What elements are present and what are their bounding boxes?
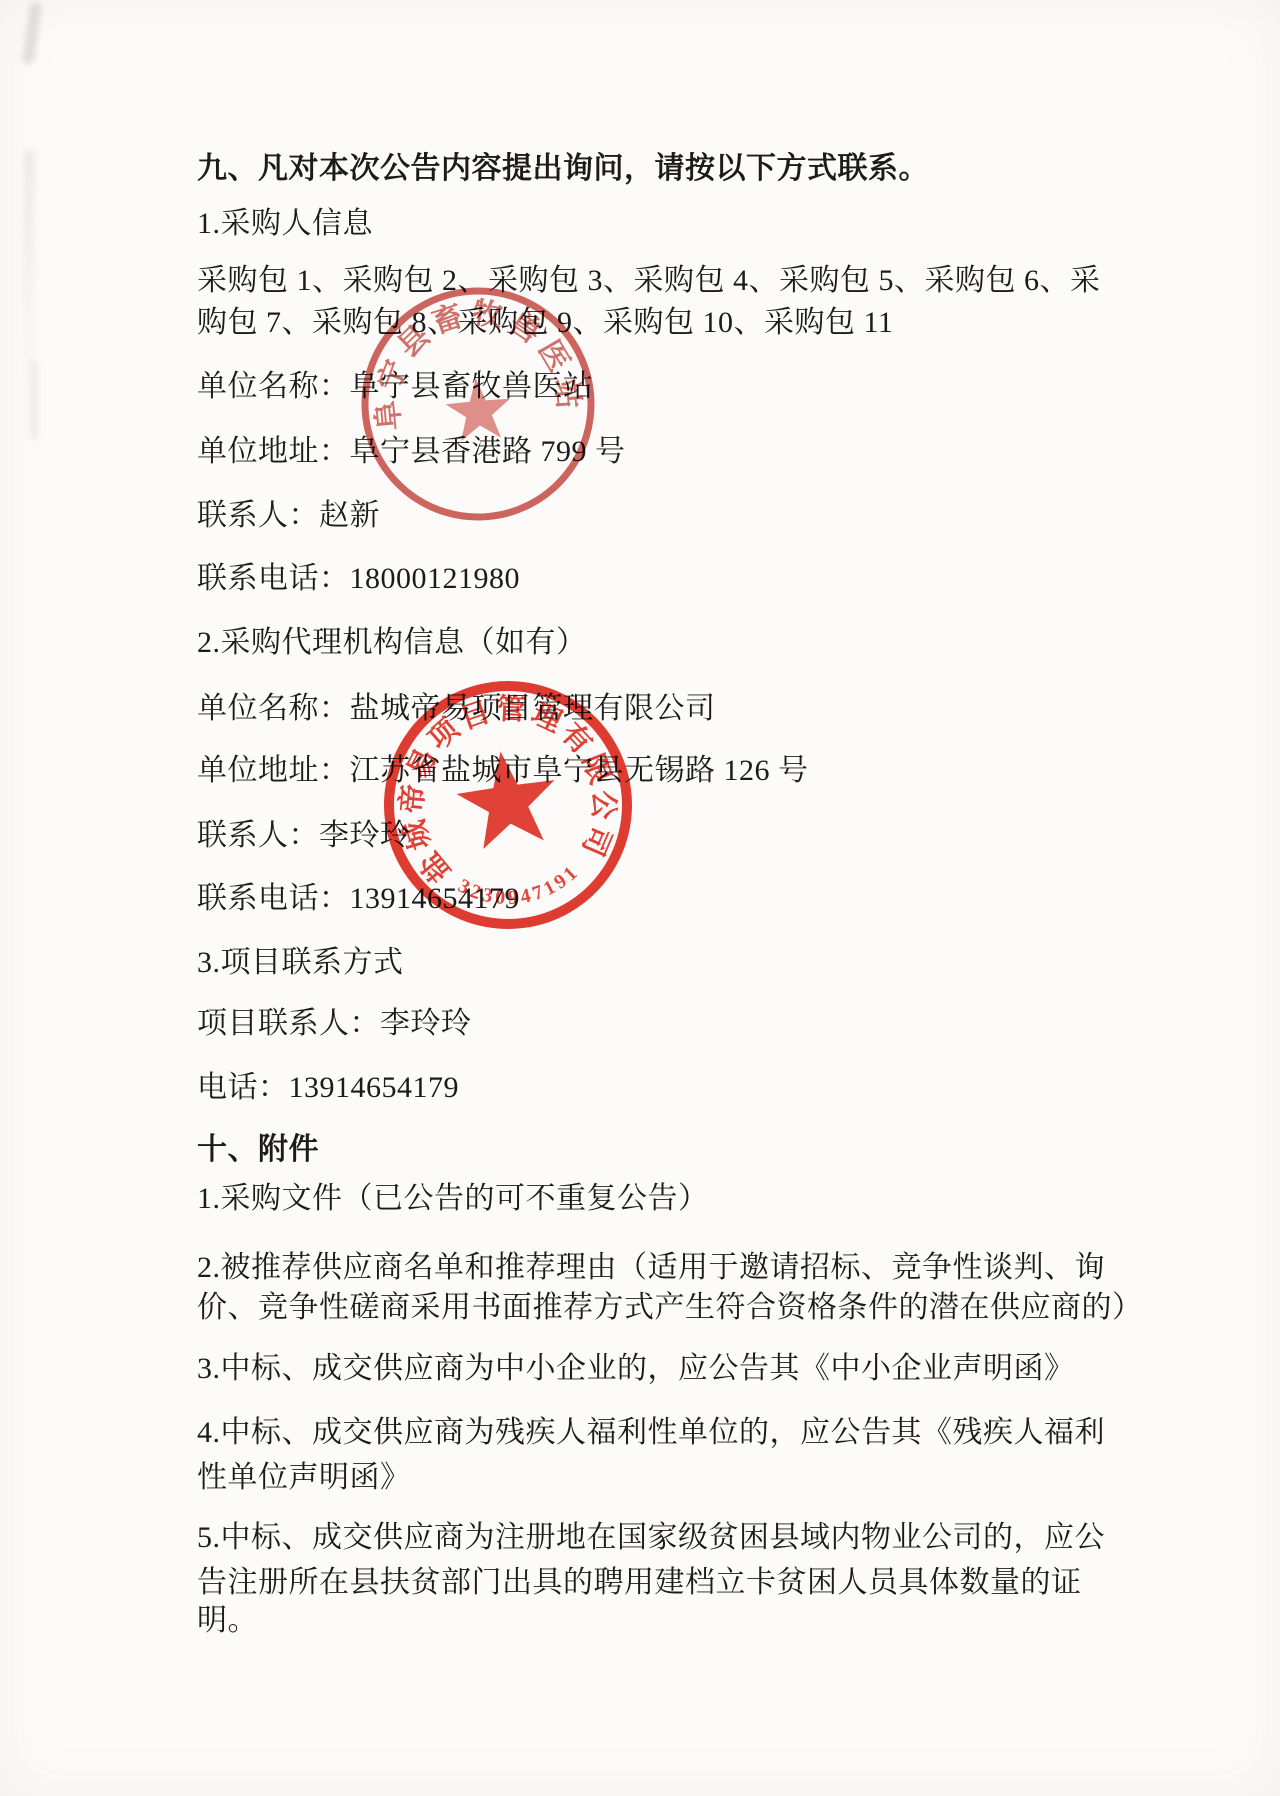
project-contact: 项目联系人：李玲玲 <box>197 1005 472 1043</box>
section-9-heading: 九、凡对本次公告内容提出询问，请按以下方式联系。 <box>197 150 929 188</box>
agency-name: 单位名称：盐城帝易项目管理有限公司 <box>197 690 716 728</box>
purchaser-contact: 联系人：赵新 <box>197 497 380 535</box>
attachment-5-line-1: 5.中标、成交供应商为注册地在国家级贫困县域内物业公司的，应公 <box>197 1519 1105 1557</box>
scan-smudge <box>30 360 38 440</box>
section-10-heading: 十、附件 <box>197 1131 319 1169</box>
agency-phone: 联系电话：13914654179 <box>197 880 520 918</box>
scan-smudge <box>24 150 34 390</box>
agency-info-heading: 2.采购代理机构信息（如有） <box>197 624 587 662</box>
attachment-1: 1.采购文件（已公告的可不重复公告） <box>197 1180 709 1218</box>
packages-line-2: 购包 7、采购包 8、采购包 9、采购包 10、采购包 11 <box>197 304 893 342</box>
attachment-5-line-3: 明。 <box>197 1602 258 1640</box>
packages-line-1: 采购包 1、采购包 2、采购包 3、采购包 4、采购包 5、采购包 6、采 <box>197 262 1101 300</box>
attachment-3: 3.中标、成交供应商为中小企业的，应公告其《中小企业声明函》 <box>197 1350 1075 1388</box>
purchaser-info-heading: 1.采购人信息 <box>197 205 373 243</box>
purchaser-address: 单位地址：阜宁县香港路 799 号 <box>197 433 626 471</box>
scanned-document-page: 九、凡对本次公告内容提出询问，请按以下方式联系。 1.采购人信息 采购包 1、采… <box>0 0 1280 1796</box>
attachment-5-line-2: 告注册所在县扶贫部门出具的聘用建档立卡贫困人员具体数量的证 <box>197 1564 1082 1602</box>
attachment-4-line-1: 4.中标、成交供应商为残疾人福利性单位的，应公告其《残疾人福利 <box>197 1414 1105 1452</box>
project-phone: 电话：13914654179 <box>197 1069 459 1107</box>
scan-smudge <box>22 1 43 64</box>
purchaser-phone: 联系电话：18000121980 <box>197 560 520 598</box>
purchaser-name: 单位名称：阜宁县畜牧兽医站 <box>197 368 594 406</box>
attachment-2-line-1: 2.被推荐供应商名单和推荐理由（适用于邀请招标、竞争性谈判、询 <box>197 1249 1105 1287</box>
attachment-2-line-2: 价、竞争性磋商采用书面推荐方式产生符合资格条件的潜在供应商的） <box>197 1289 1143 1327</box>
agency-contact: 联系人：李玲玲 <box>197 817 411 855</box>
attachment-4-line-2: 性单位声明函》 <box>197 1459 411 1497</box>
agency-address: 单位地址：江苏省盐城市阜宁县无锡路 126 号 <box>197 752 809 790</box>
project-contact-heading: 3.项目联系方式 <box>197 944 404 982</box>
